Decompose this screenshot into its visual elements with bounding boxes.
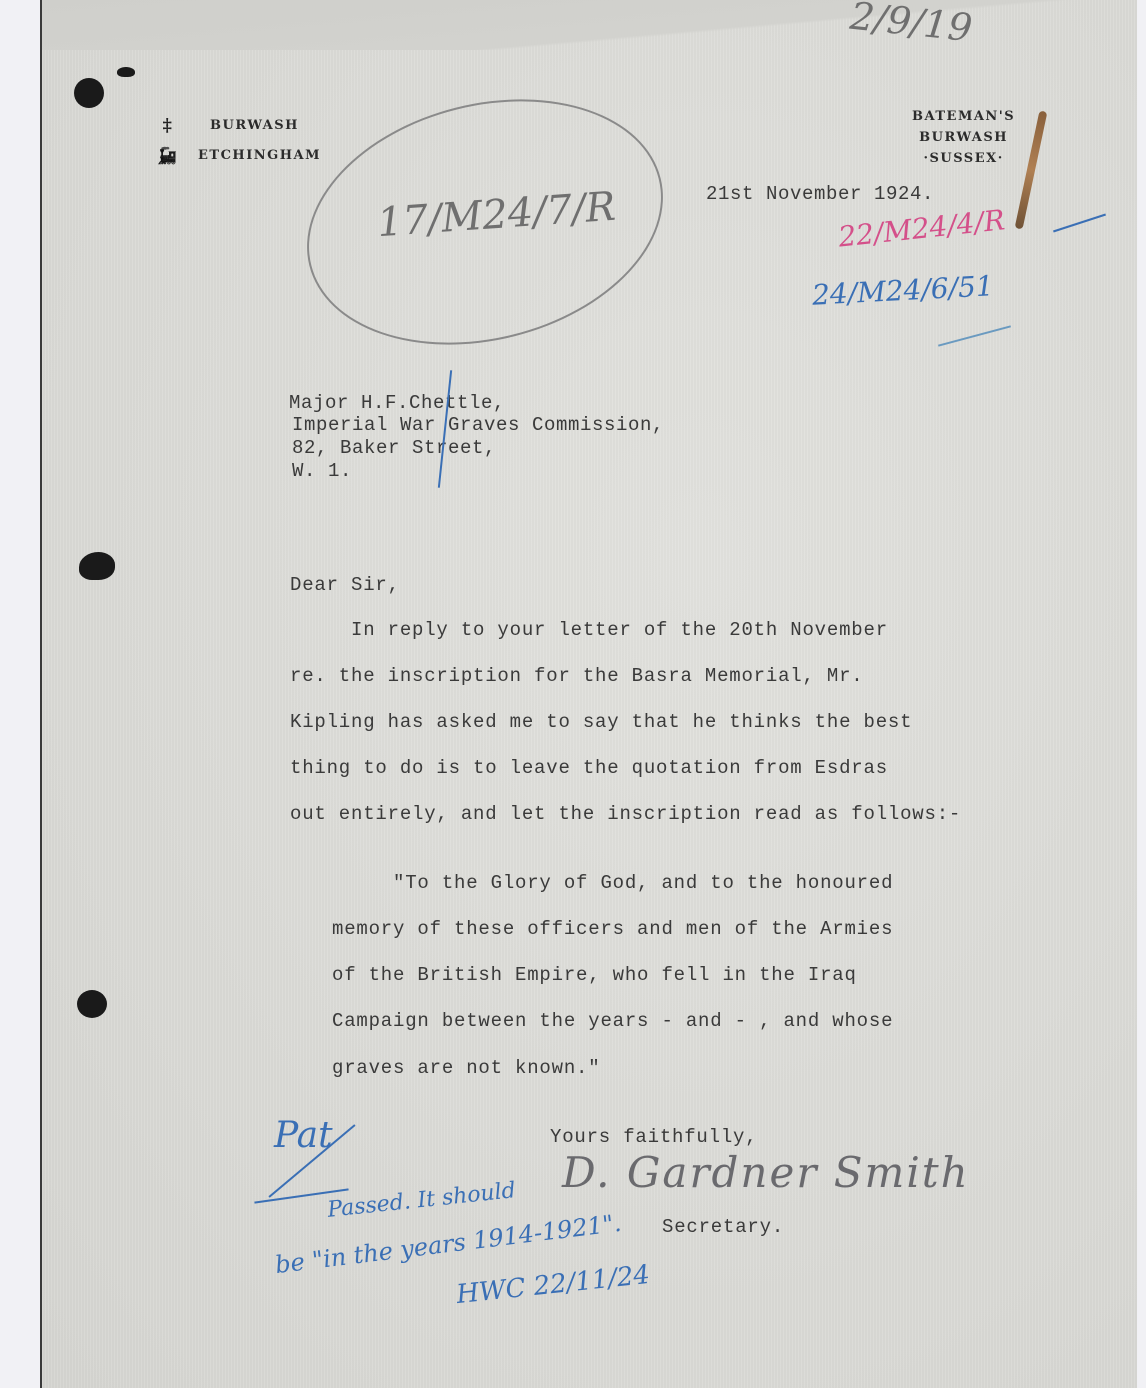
letterhead-county: ·SUSSEX· [912,148,1015,169]
body-line: Kipling has asked me to say that he thin… [290,711,912,733]
letterhead-house: BATEMAN'S [912,106,1015,127]
punch-hole-top [74,78,104,108]
punch-hole-bottom [77,990,107,1018]
train-icon: 🚂 [144,146,192,165]
letterhead-station: 🚂 ETCHINGHAM [144,140,321,170]
quotation-line: memory of these officers and men of the … [332,918,893,940]
signature: D. Gardner Smith [562,1148,970,1197]
telegraph-address: BURWASH [192,118,299,133]
quotation-line: graves are not known." [332,1057,600,1079]
recipient-line: 82, Baker Street, [292,437,496,459]
letterhead-right: BATEMAN'S BURWASH ·SUSSEX· [912,106,1015,169]
blue-reference: 24/M24/6/51 [811,269,994,311]
blue-tick-mark [1053,214,1106,233]
quotation-line: Campaign between the years - and - , and… [332,1010,893,1032]
telegraph-cross-icon: ‡ [144,115,192,136]
pink-reference: 22/M24/4/R [837,203,1007,253]
recipient-line: Imperial War Graves Commission, [292,414,664,436]
letter-page: ‡ BURWASH 🚂 ETCHINGHAM BATEMAN'S BURWASH… [40,0,1137,1388]
body-line: out entirely, and let the inscription re… [290,803,961,825]
signatory-title: Secretary. [662,1216,784,1238]
recipient-line: W. 1. [292,460,352,482]
letter-date: 21st November 1924. [706,183,934,205]
letterhead-left: ‡ BURWASH 🚂 ETCHINGHAM [144,110,321,170]
recipient-line: Major H.F.Chettle, [289,392,505,414]
paperclip-rust-stain [1015,110,1048,229]
quotation-line: "To the Glory of God, and to the honoure… [332,872,893,894]
blue-underline-mark [938,325,1011,346]
body-line: In reply to your letter of the 20th Nove… [290,619,888,641]
closing: Yours faithfully, [550,1126,757,1148]
body-line: thing to do is to leave the quotation fr… [290,757,888,779]
punch-hole-middle [79,552,115,580]
station-name: ETCHINGHAM [192,148,321,163]
margin-note-line: HWC 22/11/24 [455,1260,651,1310]
body-line: re. the inscription for the Basra Memori… [290,665,864,687]
salutation: Dear Sir, [290,574,400,596]
letterhead-village: BURWASH [912,127,1015,148]
punch-hole-fragment [117,67,135,77]
quotation-line: of the British Empire, who fell in the I… [332,964,857,986]
letterhead-telegraph: ‡ BURWASH [144,110,321,140]
margin-note-line: Passed. It should [326,1178,517,1223]
